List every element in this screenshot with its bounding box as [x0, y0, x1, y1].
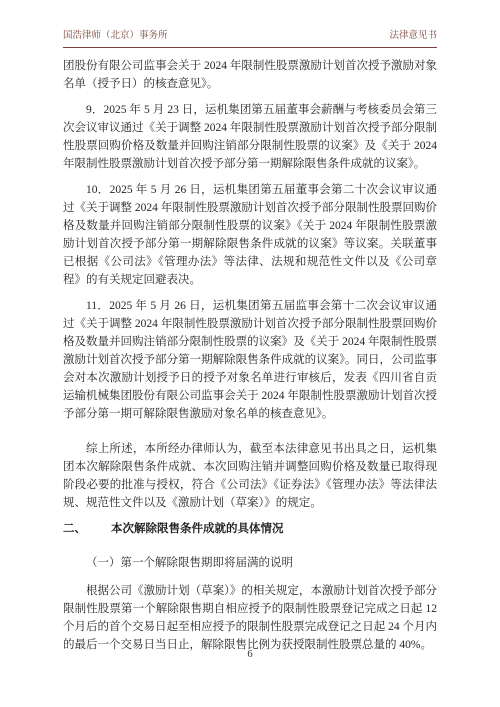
section-heading-number: 二、 — [63, 520, 111, 538]
subsection-heading: （一）第一个解除限售期即将届满的说明 — [63, 554, 437, 572]
paragraph-item-11: 11．2025 年 5 月 26 日，运机集团第五届监事会第十二次会议审议通过《… — [63, 297, 437, 423]
paragraph-continuation: 团股份有限公司监事会关于 2024 年限制性股票激励计划首次授予激励对象名单（授… — [63, 57, 437, 93]
paragraph-item-9: 9．2025 年 5 月 23 日，运机集团第五届董事会薪酬与考核委员会第三次会… — [63, 101, 437, 173]
paragraph-item-10: 10．2025 年 5 月 26 日，运机集团第五届董事会第二十次会议审议通过《… — [63, 181, 437, 289]
paragraph-lockup-rule: 根据公司《激励计划（草案）》的相关规定，本激励计划首次授予部分限制性股票第一个解… — [63, 582, 437, 654]
letterhead: 国浩律师（北京）事务所 法律意见书 — [63, 27, 437, 48]
document-page: 国浩律师（北京）事务所 法律意见书 团股份有限公司监事会关于 2024 年限制性… — [0, 0, 500, 707]
letterhead-firm-name: 国浩律师（北京）事务所 — [63, 27, 168, 41]
section-heading-title: 本次解除限售条件成就的具体情况 — [111, 523, 284, 535]
page-number: 6 — [247, 649, 252, 660]
section-heading: 二、本次解除限售条件成就的具体情况 — [63, 520, 437, 538]
document-body: 团股份有限公司监事会关于 2024 年限制性股票激励计划首次授予激励对象名单（授… — [63, 57, 437, 662]
paragraph-conclusion: 综上所述，本所经办律师认为，截至本法律意见书出具之日，运机集团本次解除限售条件成… — [63, 440, 437, 512]
letterhead-doc-type: 法律意见书 — [389, 27, 437, 41]
page-footer: 6 — [0, 649, 500, 660]
